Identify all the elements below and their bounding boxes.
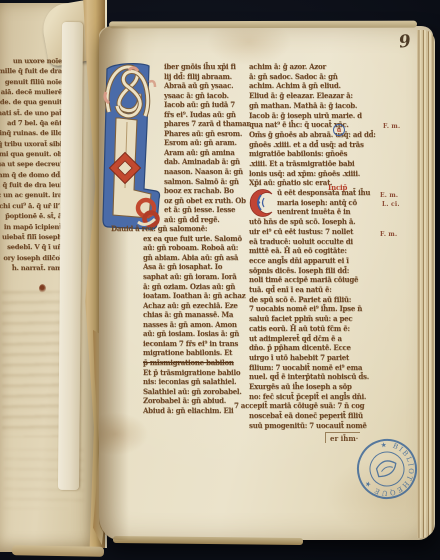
illuminated-initial-L (101, 62, 159, 222)
manuscript-text-line: achi cui⁹ ā. q̄ ur̄ il’. (0, 201, 62, 211)
manuscript-text-line: suū pmogenitū: 7 uocauit̄ nomē (249, 421, 401, 431)
initial-L-artwork (101, 62, 159, 234)
manuscript-text-line: 7 uocabis nomē ei⁹ ih̄m. Ipse n̄ (249, 304, 401, 314)
manuscript-text-line: q̄ nati st̄. de uno pat̄ (0, 108, 62, 118)
manuscript-text-line: tuā. qd̄ enī ī ea natū ē: (249, 285, 401, 295)
ink-stain (39, 284, 46, 293)
manuscript-text-line: mittē eā. H̄ aū eō cogitāte: (249, 246, 401, 256)
manuscript-text-line: q̄ tribu uxorat̄ sibi (0, 139, 62, 149)
manuscript-text-line: ecce angl̄s dn̄i apparuit ei ī (249, 256, 401, 266)
manuscript-text-line: gn̄ mathan. Mathā ā: ḡ iacob. (249, 101, 401, 111)
manuscript-text-line: aiā. decē mulierē (0, 87, 62, 97)
manuscript-text-line: inq̄ ruinas. de illo (0, 128, 62, 138)
manuscript-text-line: dn̄o. p̄ pp̄ham dicentē. Ecce (249, 343, 401, 353)
manuscript-text-line: noscebat̄ eā donec̄ peperit̄ filiū (249, 411, 401, 421)
manuscript-text-line: mi qua genuit. ob (0, 149, 62, 159)
leaf-edge-strip (58, 22, 83, 490)
manuscript-text-line: catis eorū. H̄ aū totū fc̄m ē: (249, 324, 401, 334)
left-page-text-column: un uxore noīemille q̄ fuit de dragenuit … (0, 56, 62, 273)
manuscript-text-line: ad 7 bel. q̄a en̄t (0, 118, 62, 128)
manuscript-text-line: .xiiii. Et a trāsmigratiōe babi (249, 159, 401, 169)
manuscript-text-line: achim ā: ḡ azor. Azor (249, 62, 401, 72)
manuscript-text-line: uiebat̄ filī ioseph (0, 232, 62, 242)
manuscript-text-line: Exurgēs aū ih̄e ioseph a sōp (249, 382, 401, 392)
manuscript-text-line: tam q̄ de domo dd̄. (0, 170, 62, 180)
manuscript-text-line: mille q̄ fuit de dra (0, 66, 62, 76)
manuscript-text-line: lonis usq̄: ad xp̄m: gn̄oēs .xiiii. (249, 169, 401, 179)
manuscript-text-line: eā traducē: uoluit occulte di (249, 237, 401, 247)
marginal-note: L. ci. (382, 201, 400, 208)
marginal-note: E. m. (380, 192, 398, 199)
right-page: 9 (99, 26, 433, 540)
manuscript-text-line: no: fec̄ sicut̄ p̄cepit̄ ei angl̄s dn̄i. (249, 392, 401, 402)
marginal-note: F. m. (380, 231, 397, 238)
manuscript-text-line: ncde. de qua genuit (0, 97, 62, 107)
manuscript-text-line: nuel. qd̄ ē interp̄tatū nobiscū d̄s. (249, 372, 401, 382)
text-column-2-lower: ū eēt desponsata mat̄ ih̄umaria ioseph… (249, 188, 401, 431)
illuminated-initial-C (247, 188, 274, 217)
manuscript-text-line: Dauid ā rex: gn̄ salomonē: (111, 224, 271, 234)
initial-C-artwork (247, 188, 274, 217)
manuscript-text-line: p̄optionē ē. st̄, ā (0, 211, 62, 221)
manuscript-text-line: genuit filiū noīe (0, 77, 62, 87)
manuscript-text-line: ua ut sepe decreu’ (0, 159, 62, 169)
manuscript-text-line: 7 accepit̄ mariā cōiugē suā: 7 n̄ co… (234, 401, 401, 411)
paraph-mark: u (333, 124, 345, 136)
manuscript-text-line: un uxore noīe (0, 56, 62, 66)
manuscript-photo: un uxore noīemille q̄ fuit de dragenuit … (0, 0, 440, 560)
manuscript-text-line: uir ei⁹ cū eēt iustus: 7 nollet (249, 227, 401, 237)
manuscript-text-line: in mapō īcipient̄ (0, 222, 62, 232)
stamp-legend: ★ BIBLIOTHEQUE ★ (353, 436, 422, 504)
manuscript-text-line: de spū scō ē. Pariet aū filiū: (249, 295, 401, 305)
folio-number: 9 (398, 31, 412, 52)
text-column-2-upper: achim ā: ḡ azor. Azorā: gn̄ sadoc. Sa… (249, 62, 401, 188)
manuscript-text-line: Om̄s ḡ gn̄oēs ab abraā. usq̄: ad dd̄: (249, 130, 401, 140)
manuscript-text-line: ut adimpleret̄ qd̄ dc̄m ē a (249, 334, 401, 344)
manuscript-text-line: ory ioseph dilc̄oī (0, 253, 62, 263)
left-page: un uxore noīemille q̄ fuit de dragenuit … (0, 3, 99, 552)
manuscript-text-line: Xp̄i aū: gn̄atio sic erat. (249, 178, 401, 188)
bottom-leaf-edge (12, 545, 104, 557)
manuscript-text-line: filium: 7 uocabit̄ nomē ei⁹ ema (249, 363, 401, 373)
manuscript-text-line: mic un ac genuit. ira (0, 190, 62, 200)
svg-text:★ BIBLIOTHEQUE ★: ★ BIBLIOTHEQUE ★ (353, 436, 422, 504)
manuscript-text-line: utō hn̄s de spū scō. Ioseph ā. (249, 217, 401, 227)
library-stamp: ★ BIBLIOTHEQUE ★ (349, 436, 427, 506)
manuscript-text-line: Iacob ā: ḡ ioseph uirū marie. d (249, 111, 401, 121)
manuscript-text-line: Eliud ā: ḡ eleazar. Eleazar ā: (249, 91, 401, 101)
manuscript-text-line: h̄. narrat̄. ram (0, 263, 62, 273)
manuscript-text-line: achim. Achim ā gn̄ eliud. (249, 81, 401, 91)
bottom-leaf-edge (113, 536, 303, 545)
page-stack-top-edge (109, 21, 417, 29)
manuscript-text-line: ā: gn̄ sadoc. Sadoc ā: gn̄ (249, 72, 401, 82)
manuscript-text-line: sōpnis dicēs. Ioseph fili dd̄: (249, 266, 401, 276)
marginal-note: F. m. (383, 123, 400, 130)
manuscript-text-line: gn̄oēs .xiiii. et a dd̄ usq̄: ad trās (249, 140, 401, 150)
manuscript-text-line: uirgo ī utō habebit 7 pariet (249, 353, 401, 363)
manuscript-text-line: noli timē accipē mariā cōiugē (249, 275, 401, 285)
manuscript-text-line: qua nat⁹ ē ih̄c: q̄ uocat̄ xp̄c. (249, 120, 401, 130)
manuscript-text-line: sedebī. V q̄ ī un̄ (0, 242, 62, 252)
manuscript-text-line: saluū faciet pplm̄ suū: a pec (249, 314, 401, 324)
manuscript-text-line: migratiōe babilonis: gn̄oēs (249, 149, 401, 159)
manuscript-text-line: ta. q̄ fuit de dra leui (0, 180, 62, 190)
